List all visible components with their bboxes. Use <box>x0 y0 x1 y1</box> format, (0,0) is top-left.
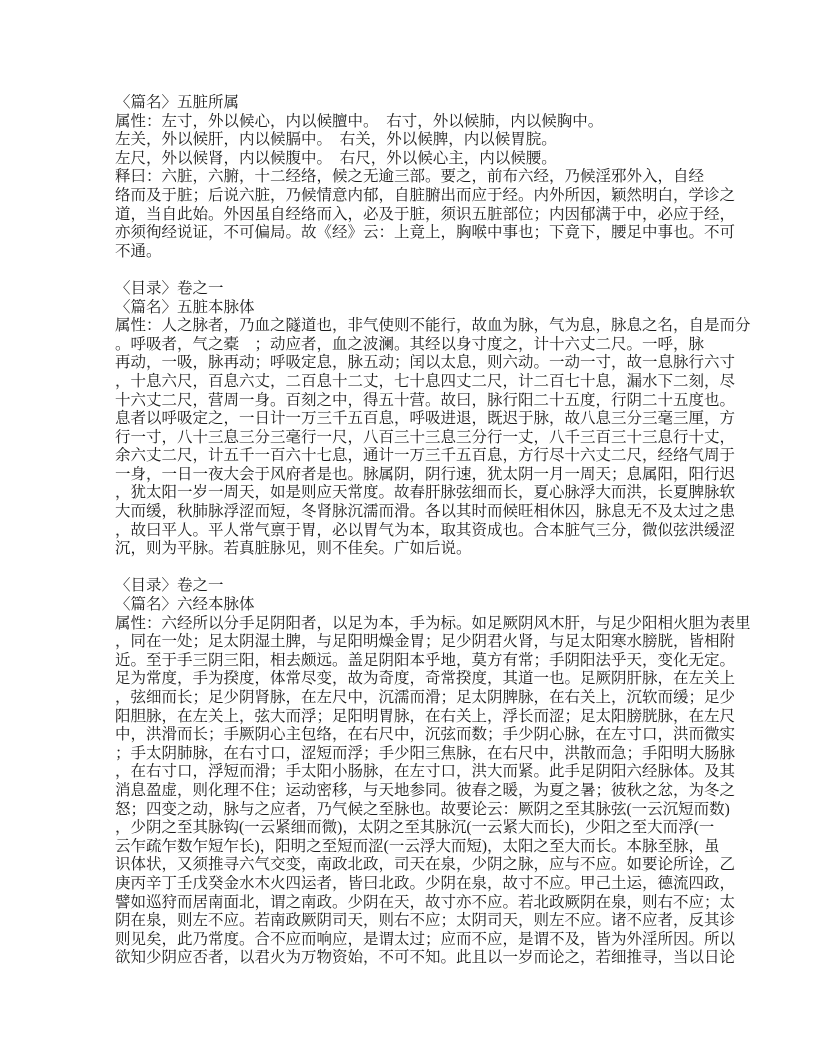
text-line: 。呼吸者，气之橐 ；动应者，血之波澜。其经以身寸度之，计十六丈二尺。一呼，脉 <box>115 336 709 355</box>
text-line: 释曰：六脏，六腑，十二经络，候之无逾三部。要之，前布六经，乃候淫邪外入，自经 <box>115 168 709 187</box>
text-line: 属性：左寸，外以候心，内以候膻中。 右寸，外以候肺，内以候胸中。 <box>115 113 709 132</box>
text-line: 〈目录〉卷之一 <box>115 577 709 596</box>
text-line: 大而缓，秋肺脉浮涩而短，冬肾脉沉濡而滑。各以其时而候旺相休囚，脉息无不及太过之患 <box>115 503 709 522</box>
text-line: 息者以呼吸定之，一日计一万三千五百息，呼吸进退，既迟于脉，故八息三分三毫三厘，方 <box>115 410 709 429</box>
text-line: 消息盈虚，则化理不住；运动密移，与天地参同。彼春之暖，为夏之暑；彼秋之忿，为冬之 <box>115 782 709 801</box>
text-line: 再动，一吸，脉再动；呼吸定息，脉五动；闰以太息，则六动。一动一寸，故一息脉行六寸 <box>115 354 709 373</box>
text-line: ，犹太阳一岁一周天，如是则应天常度。故春肝脉弦细而长，夏心脉浮大而洪，长夏脾脉软 <box>115 484 709 503</box>
text-line: 沉，则为平脉。若真脏脉见，则不佳矣。广如后说。 <box>115 540 709 559</box>
text-line: 怒；四变之动，脉与之应者，乃气候之至脉也。故要论云：厥阴之至其脉弦(一云沉短而数… <box>115 801 709 820</box>
text-section: 〈目录〉卷之一〈篇名〉五脏本脉体属性：人之脉者，乃血之隧道也，非气使则不能行，故… <box>115 280 709 559</box>
text-line: 阴在泉，则左不应。若南政厥阴司天，则右不应；太阴司天，则左不应。诸不应者，反其诊 <box>115 912 709 931</box>
text-line: 近。至于手三阴三阳，相去颇远。盖足阴阳本乎地，莫方有常；手阴阳法乎天，变化无定。 <box>115 652 709 671</box>
text-line: 足为常度，手为揆度，体常尽变，故为奇度，奇常揆度，其道一也。足厥阴肝脉，在左关上 <box>115 670 709 689</box>
text-section: 〈目录〉卷之一〈篇名〉六经本脉体属性：六经所以分手足阴阳者，以足为本，手为标。如… <box>115 577 709 967</box>
text-line: ，在右寸口，浮短而滑；手太阳小肠脉，在左寸口，洪大而紧。此手足阴阳六经脉体。及其 <box>115 763 709 782</box>
text-line: 左关，外以候肝，内以候膈中。 右关，外以候脾，内以候胃脘。 <box>115 131 709 150</box>
text-line: ，少阴之至其脉钩(一云紧细而微)，太阴之至其脉沉(一云紧大而长)，少阳之至大而浮… <box>115 819 709 838</box>
text-line: ，同在一处；足太阴湿土脾，与足阳明燥金胃；足少阴君火肾，与足太阳寒水膀胱，皆相附 <box>115 633 709 652</box>
text-line: 属性：六经所以分手足阴阳者，以足为本，手为标。如足厥阴风木肝，与足少阳相火胆为表… <box>115 615 709 634</box>
text-line: 络而及于脏；后说六脏，乃候情意内郁，自脏腑出而应于经。内外所因，颖然明白，学诊之 <box>115 187 709 206</box>
text-line: 道，当自此始。外因虽自经络而入，必及于脏，须识五脏部位；内因郁满于中，必应于经， <box>115 206 709 225</box>
text-line: 亦须徇经说证，不可偏局。故《经》云：上竟上，胸喉中事也；下竟下，腰足中事也。不可 <box>115 224 709 243</box>
text-line: 云乍疏乍数乍短乍长)，阳明之至短而涩(一云浮大而短)，太阳之至大而长。本脉至脉，… <box>115 838 709 857</box>
text-section: 〈篇名〉五脏所属属性：左寸，外以候心，内以候膻中。 右寸，外以候肺，内以候胸中。… <box>115 94 709 261</box>
text-line: 庚丙辛丁壬戊癸金水木火四运者，皆曰北政。少阴在泉，故寸不应。甲己土运，德流四政， <box>115 875 709 894</box>
text-line: 阳胆脉，在左关上，弦大而浮；足阳明胃脉，在右关上，浮长而涩；足太阳膀胱脉，在左尺 <box>115 708 709 727</box>
text-line: 中，洪滑而长；手厥阴心主包络，在右尺中，沉弦而数；手少阴心脉，在左寸口，洪而微实 <box>115 726 709 745</box>
text-line: 〈篇名〉五脏所属 <box>115 94 709 113</box>
text-line: 不通。 <box>115 243 709 262</box>
text-line: 属性：人之脉者，乃血之隧道也，非气使则不能行，故血为脉，气为息，脉息之名，自是而… <box>115 317 709 336</box>
text-line: 欲知少阴应否者，以君火为万物资始，不可不知。此且以一岁而论之，若细推寻，当以日论 <box>115 949 709 968</box>
text-line: ，弦细而长；足少阴肾脉，在左尺中，沉濡而滑；足太阴脾脉，在右关上，沉软而缓；足少 <box>115 689 709 708</box>
text-line: 则见矣，此乃常度。合不应而响应，是谓太过；应而不应，是谓不及，皆为外淫所因。所以 <box>115 931 709 950</box>
text-line: 譬如巡狩而居南面北，谓之南政。少阴在天，故寸亦不应。若北政厥阴在泉，则右不应；太 <box>115 894 709 913</box>
text-block: 〈篇名〉五脏所属属性：左寸，外以候心，内以候膻中。 右寸，外以候肺，内以候胸中。… <box>115 94 709 968</box>
text-line: 〈目录〉卷之一 <box>115 280 709 299</box>
text-line: ；手太阴肺脉，在右寸口，涩短而浮；手少阳三焦脉，在右尺中，洪散而急；手阳明大肠脉 <box>115 745 709 764</box>
text-line: 十六丈二尺，营周一身。百刻之中，得五十营。故曰，脉行阳二十五度，行阴二十五度也。 <box>115 392 709 411</box>
text-line: ，十息六尺，百息六丈，二百息十二丈，七十息四丈二尺，计二百七十息，漏水下二刻，尽 <box>115 373 709 392</box>
text-line: 〈篇名〉五脏本脉体 <box>115 299 709 318</box>
text-line: 一身，一日一夜大会于风府者是也。脉属阴，阴行速，犹太阴一月一周天；息属阳，阳行迟 <box>115 466 709 485</box>
document-page: 〈篇名〉五脏所属属性：左寸，外以候心，内以候膻中。 右寸，外以候肺，内以候胸中。… <box>0 0 816 1056</box>
text-line: ，故曰平人。平人常气禀于胃，必以胃气为本，取其资成也。合本脏气三分，微似弦洪缓涩 <box>115 522 709 541</box>
text-line: 〈篇名〉六经本脉体 <box>115 596 709 615</box>
text-line: 行一寸，八十三息三分三毫行一尺，八百三十三息三分行一丈，八千三百三十三息行十丈， <box>115 429 709 448</box>
text-line: 识体状，又须推寻六气交变，南政北政，司天在泉，少阴之脉，应与不应。如要论所诠，乙 <box>115 856 709 875</box>
text-line: 左尺，外以候肾，内以候腹中。 右尺，外以候心主，内以候腰。 <box>115 150 709 169</box>
text-line: 余六丈二尺，计五千一百六十七息，通计一万三千五百息，方行尽十六丈二尺，经络气周于 <box>115 447 709 466</box>
